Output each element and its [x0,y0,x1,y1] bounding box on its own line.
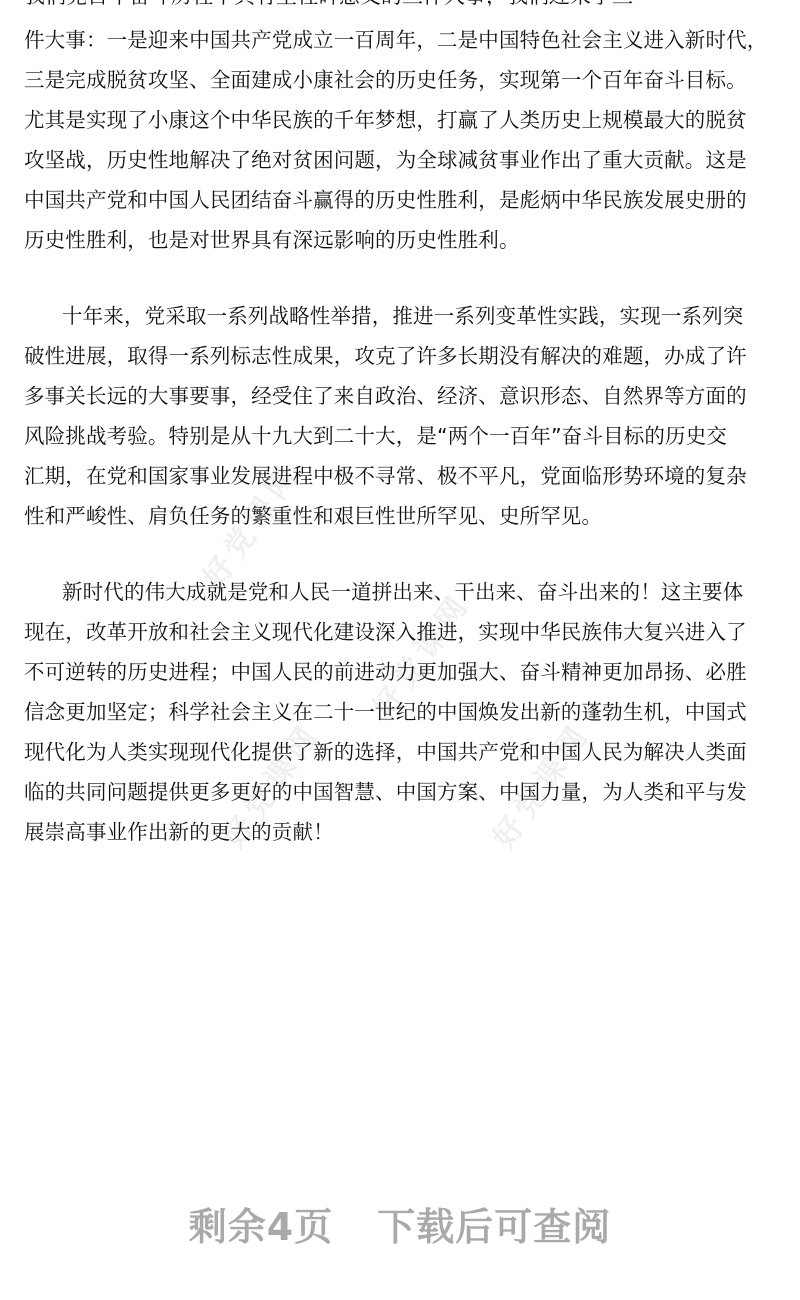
text-line: 历史性胜利，也是对世界具有深远影响的历史性胜利。 [24,220,776,260]
text-line: 性和严峻性、肩负任务的繁重性和艰巨性世所罕见、史所罕见。 [24,496,776,536]
text-line: 件大事：一是迎来中国共产党成立一百周年，二是中国特色社会主义进入新时代， [24,20,776,60]
text-line: 风险挑战考验。特别是从十九大到二十大，是“两个一百年”奋斗目标的历史交 [24,416,776,456]
remaining-pages-label: 剩余4页 [189,1205,333,1249]
text-line: 三是完成脱贫攻坚、全面建成小康社会的历史任务，实现第一个百年奋斗目标。 [24,60,776,100]
text-line: 临的共同问题提供更多更好的中国智慧、中国方案、中国力量，为人类和平与发 [24,772,776,812]
document-body: 件大事：一是迎来中国共产党成立一百周年，二是中国特色社会主义进入新时代， 三是完… [24,20,776,852]
text-line: 中国共产党和中国人民团结奋斗赢得的历史性胜利，是彪炳中华民族发展史册的 [24,180,776,220]
cut-off-line: 我们党百年奋斗历程中具有里程碑意义的三件大事，我们迎来了三 [24,0,776,6]
paragraph-3: 新时代的伟大成就是党和人民一道拼出来、干出来、奋斗出来的！这主要体 现在，改革开… [24,572,776,852]
text-line: 攻坚战，历史性地解决了绝对贫困问题，为全球减贫事业作出了重大贡献。这是 [24,140,776,180]
paragraph-spacer [24,260,776,296]
paragraph-spacer [24,536,776,572]
text-line: 汇期，在党和国家事业发展进程中极不寻常、极不平凡，党面临形势环境的复杂 [24,456,776,496]
text-line: 现代化为人类实现现代化提供了新的选择，中国共产党和中国人民为解决人类面 [24,732,776,772]
text-line: 破性进展，取得一系列标志性成果，攻克了许多长期没有解决的难题，办成了许 [24,336,776,376]
text-line: 新时代的伟大成就是党和人民一道拼出来、干出来、奋斗出来的！这主要体 [24,572,776,612]
text-line: 尤其是实现了小康这个中华民族的千年梦想，打赢了人类历史上规模最大的脱贫 [24,100,776,140]
download-prompt-label: 下载后可查阅 [377,1205,611,1249]
text-line: 十年来，党采取一系列战略性举措，推进一系列变革性实践，实现一系列突 [24,296,776,336]
text-line: 现在，改革开放和社会主义现代化建设深入推进，实现中华民族伟大复兴进入了 [24,612,776,652]
download-to-read-banner[interactable]: 剩余4页下载后可查阅 [0,1196,800,1251]
cut-off-text: 我们党百年奋斗历程中具有里程碑意义的三件大事，我们迎来了三 [24,0,776,6]
document-page: 好党课网 好党课网 好党课网 好党课网 我们党百年奋斗历程中具有里程碑意义的三件… [0,0,800,1300]
text-line: 不可逆转的历史进程；中国人民的前进动力更加强大、奋斗精神更加昂扬、必胜 [24,652,776,692]
text-line: 多事关长远的大事要事，经受住了来自政治、经济、意识形态、自然界等方面的 [24,376,776,416]
text-line: 展崇高事业作出新的更大的贡献！ [24,812,776,852]
text-line: 信念更加坚定；科学社会主义在二十一世纪的中国焕发出新的蓬勃生机，中国式 [24,692,776,732]
paragraph-1: 件大事：一是迎来中国共产党成立一百周年，二是中国特色社会主义进入新时代， 三是完… [24,20,776,260]
paragraph-2: 十年来，党采取一系列战略性举措，推进一系列变革性实践，实现一系列突 破性进展，取… [24,296,776,536]
